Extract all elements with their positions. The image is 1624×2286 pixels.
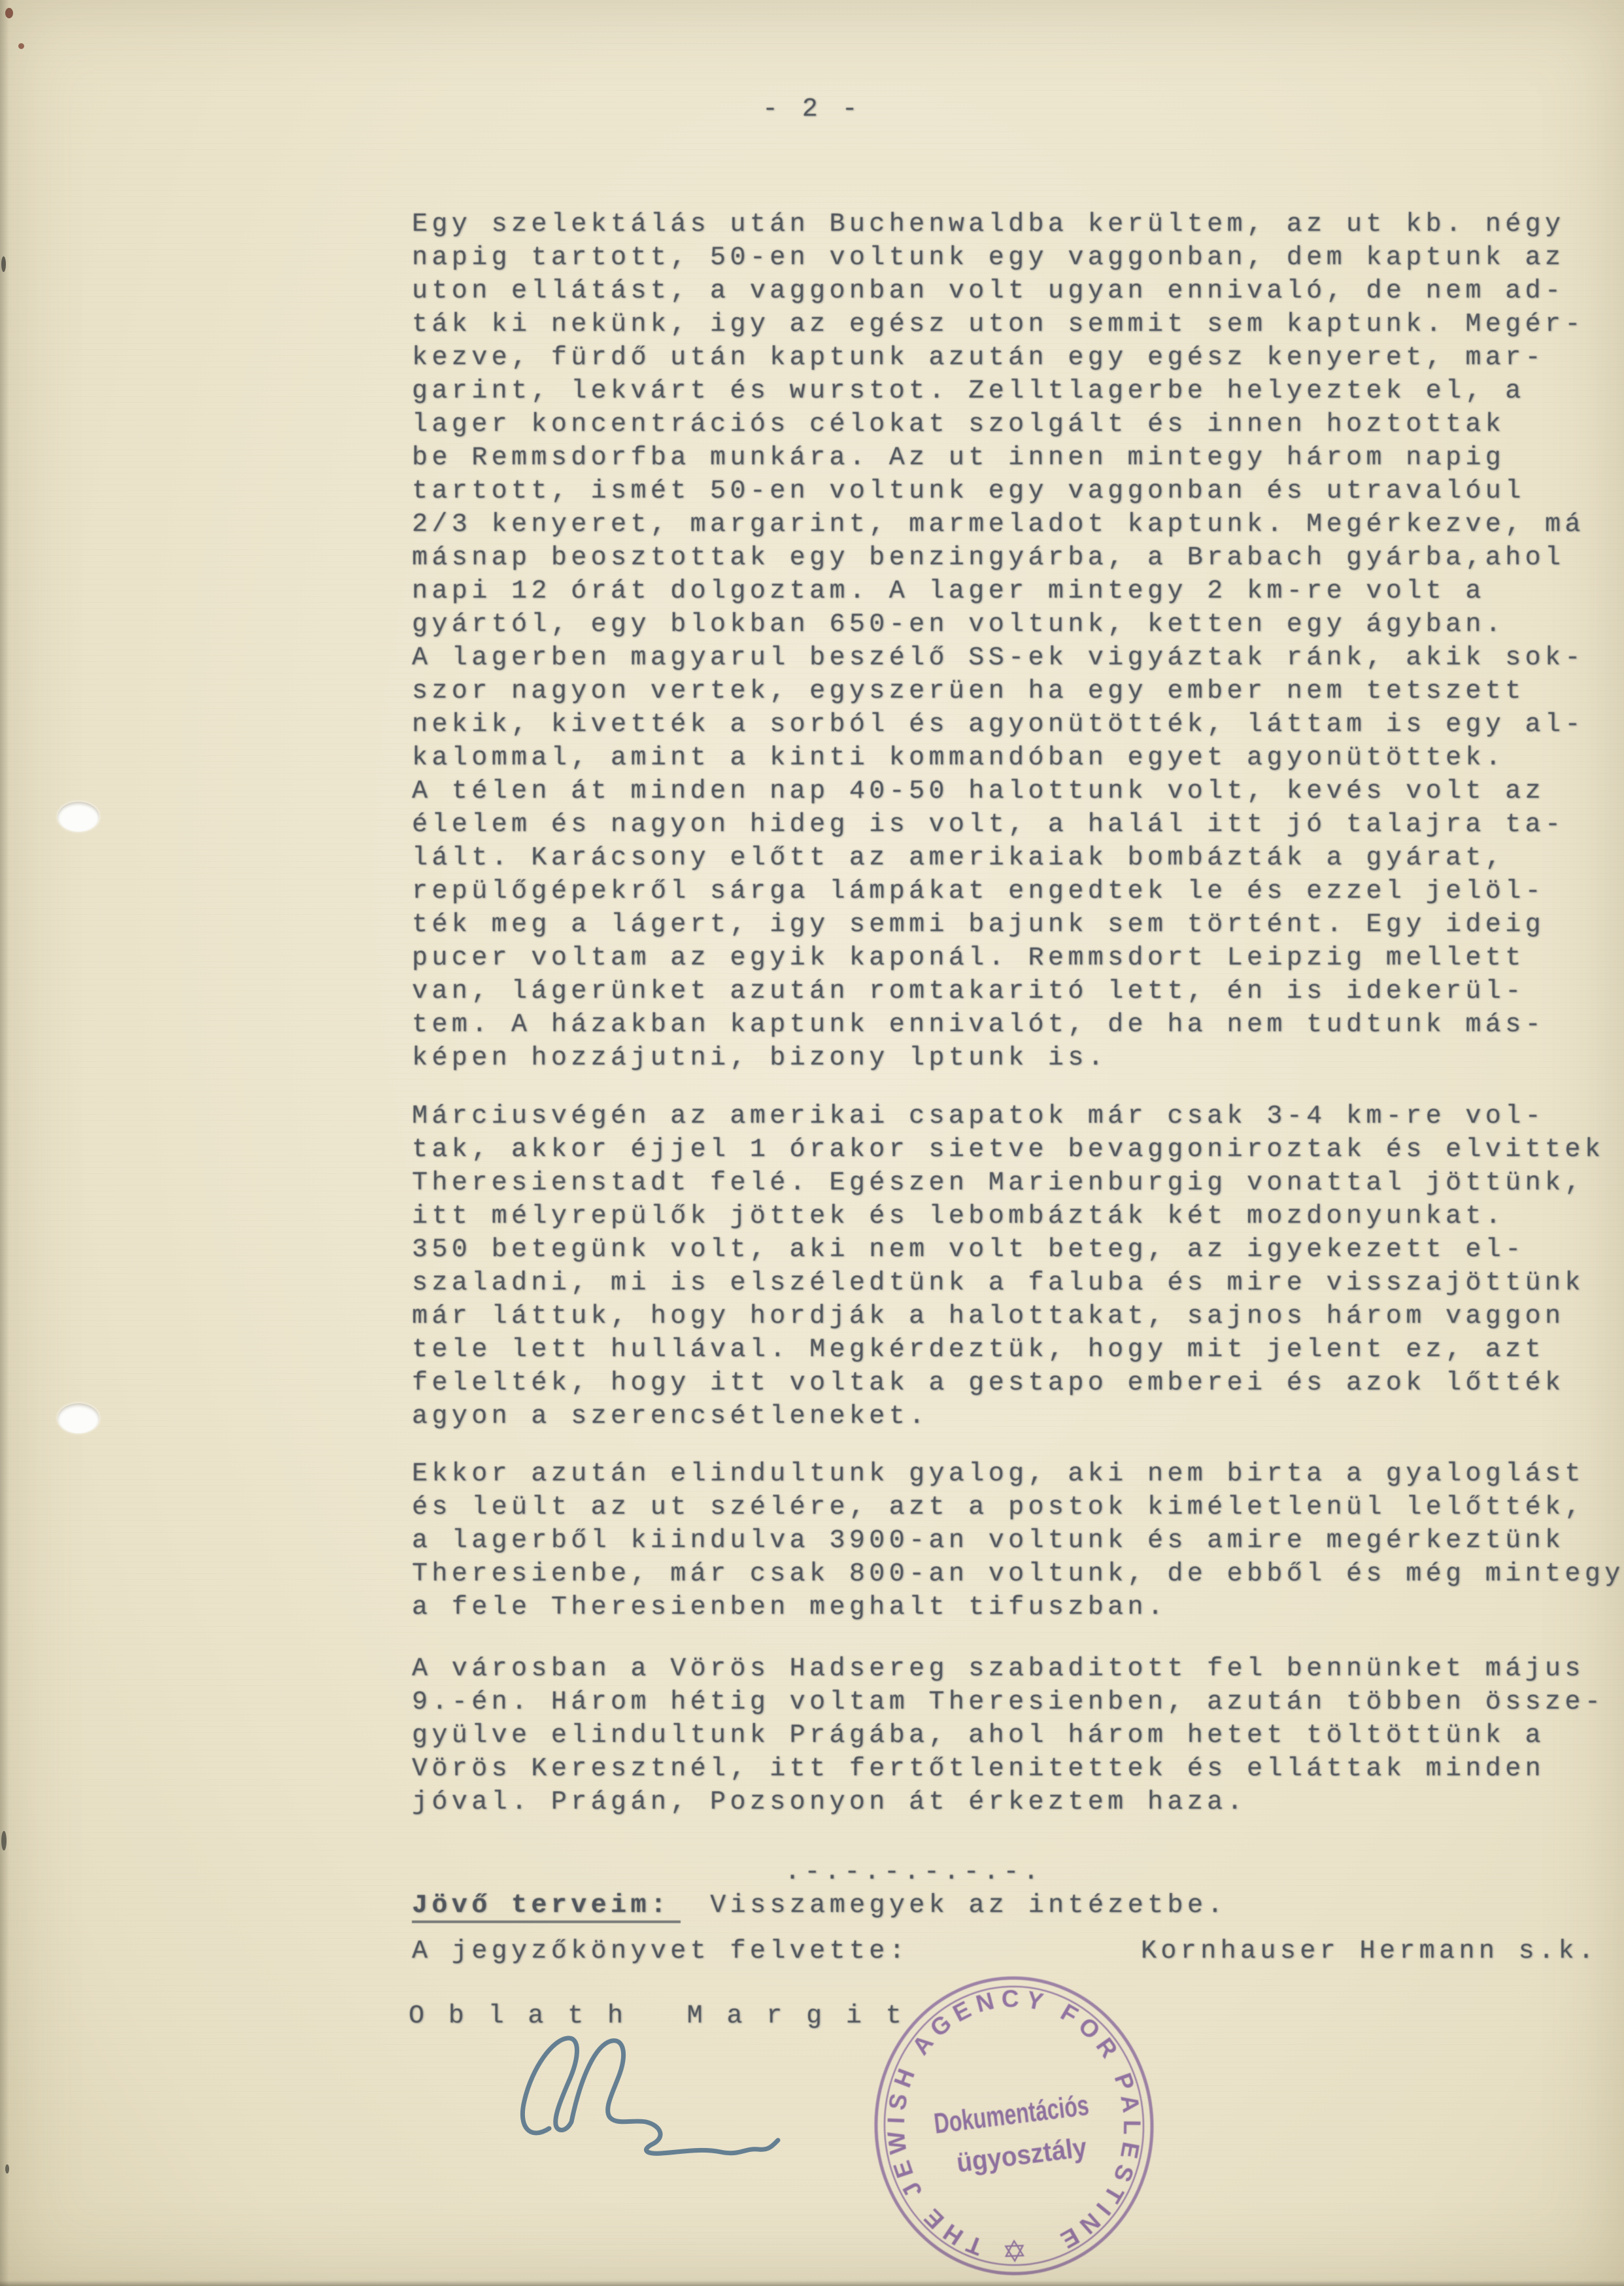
typed-line: felelték, hogy itt voltak a gestapo embe… (412, 1367, 1604, 1400)
typed-line: és leült az ut szélére, azt a postok kim… (412, 1491, 1624, 1524)
stamp-center-text: Dokumentációs ügyosztály (932, 2089, 1096, 2180)
typewriter-text-layer: - 2 - Egy szelektálás után Buchenwaldba … (0, 0, 1624, 2286)
typed-line: 9.-én. Három hétig voltam Theresienben, … (412, 1686, 1604, 1719)
typed-line: repülőgépekről sárga lámpákat engedtek l… (412, 875, 1585, 908)
typed-line: élelem és nagyon hideg is volt, a halál … (412, 808, 1585, 842)
typed-line: szaladni, mi is elszéledtünk a faluba és… (412, 1267, 1604, 1300)
typed-line: A lagerben magyarul beszélő SS-ek vigyáz… (412, 641, 1585, 675)
svg-text:Dokumentációs: Dokumentációs (932, 2089, 1091, 2140)
typed-line: Márciusvégén az amerikai csapatok már cs… (412, 1100, 1604, 1133)
future-plans-line: Jövő terveim:Visszamegyek az intézetbe. (412, 1889, 1227, 1922)
typed-line: Theresienbe, már csak 800-an voltunk, de… (412, 1558, 1624, 1591)
typed-line: 2/3 kenyeret, margarint, marmeladot kapt… (412, 508, 1585, 541)
typed-line: tem. A házakban kaptunk ennivalót, de ha… (412, 1008, 1585, 1042)
typed-line: kalommal, amint a kinti kommandóban egye… (412, 742, 1585, 775)
typed-line: napig tartott, 50-en voltunk egy vaggonb… (412, 241, 1585, 275)
future-plans-label: Jövő terveim: (412, 1891, 681, 1923)
typed-line: szor nagyon vertek, egyszerüen ha egy em… (412, 675, 1585, 708)
typed-line: Egy szelektálás után Buchenwaldba került… (412, 208, 1585, 241)
recorder-label: A jegyzőkönyvet felvette: (412, 1935, 909, 1968)
typed-line: képen hozzájutni, bizony lptunk is. (412, 1042, 1585, 1075)
signature-scribble (505, 2024, 786, 2164)
typed-line: tak, akkor éjjel 1 órakor sietve bevaggo… (412, 1133, 1604, 1167)
typed-line: uton ellátást, a vaggonban volt ugyan en… (412, 275, 1585, 308)
testimony-paragraph-4: A városban a Vörös Hadsereg szabaditott … (412, 1652, 1604, 1819)
typed-line: a fele Theresienben meghalt tifuszban. (412, 1591, 1624, 1624)
typed-line: be Remmsdorfba munkára. Az ut innen mint… (412, 441, 1585, 475)
typed-line: ták ki nekünk, igy az egész uton semmit … (412, 308, 1585, 341)
testimony-paragraph-2: Márciusvégén az amerikai csapatok már cs… (412, 1100, 1604, 1433)
scanned-document-page: - 2 - Egy szelektálás után Buchenwaldba … (0, 0, 1624, 2286)
typed-line: kezve, fürdő után kaptunk azután egy egé… (412, 341, 1585, 375)
testimony-paragraph-1: Egy szelektálás után Buchenwaldba került… (412, 208, 1585, 1075)
typed-line: Theresienstadt felé. Egészen Marienburgi… (412, 1167, 1604, 1200)
typed-line: A városban a Vörös Hadsereg szabaditott … (412, 1652, 1604, 1686)
typed-line: gyártól, egy blokban 650-en voltunk, ket… (412, 608, 1585, 641)
typed-line: lált. Karácsony előtt az amerikaiak bomb… (412, 842, 1585, 875)
future-plans-text: Visszamegyek az intézetbe. (681, 1891, 1227, 1920)
typed-line: agyon a szerencsétleneket. (412, 1400, 1604, 1433)
typed-line: garint, lekvárt és wurstot. Zelltlagerbe… (412, 375, 1585, 408)
section-divider: .-.-.-.-.-.-. (785, 1856, 1043, 1889)
typed-line: napi 12 órát dolgoztam. A lager mintegy … (412, 575, 1585, 608)
typed-line: jóval. Prágán, Pozsonyon át érkeztem haz… (412, 1786, 1604, 1819)
typed-line: már láttuk, hogy hordják a halottakat, s… (412, 1300, 1604, 1333)
typed-line: gyülve elindultunk Prágába, ahol három h… (412, 1719, 1604, 1752)
typed-line: Ekkor azután elindultunk gyalog, aki nem… (412, 1458, 1624, 1491)
typed-line: pucer voltam az egyik kaponál. Remmsdort… (412, 942, 1585, 975)
typed-line: van, lágerünket azután romtakaritó lett,… (412, 975, 1585, 1008)
typed-line: másnap beosztottak egy benzingyárba, a B… (412, 541, 1585, 575)
typed-line: 350 betegünk volt, aki nem volt beteg, a… (412, 1233, 1604, 1267)
typed-line: ték meg a lágert, igy semmi bajunk sem t… (412, 908, 1585, 942)
svg-text:ügyosztály: ügyosztály (955, 2132, 1089, 2178)
typed-line: lager koncentrációs célokat szolgált és … (412, 408, 1585, 441)
typed-line: a lagerből kiindulva 3900-an voltunk és … (412, 1524, 1624, 1558)
typed-line: A télen át minden nap 40-50 halottunk vo… (412, 775, 1585, 808)
agency-stamp: THE JEWISH AGENCY FOR PALESTINE Dokument… (865, 1968, 1163, 2285)
star-of-david-icon: ✡ (1001, 2233, 1027, 2269)
typed-line: tartott, ismét 50-en voltunk egy vaggonb… (412, 475, 1585, 508)
typed-line: nekik, kivették a sorból és agyonütötték… (412, 708, 1585, 742)
typed-line: itt mélyrepülők jöttek és lebombázták ké… (412, 1200, 1604, 1233)
testimony-paragraph-3: Ekkor azután elindultunk gyalog, aki nem… (412, 1458, 1624, 1624)
page-number: - 2 - (0, 93, 1624, 126)
typed-line: tele lett hullával. Megkérdeztük, hogy m… (412, 1333, 1604, 1367)
recorder-signatory: Kornhauser Hermann s.k. (1141, 1935, 1598, 1968)
typed-line: Vörös Keresztnél, itt fertőtlenitettek é… (412, 1752, 1604, 1786)
